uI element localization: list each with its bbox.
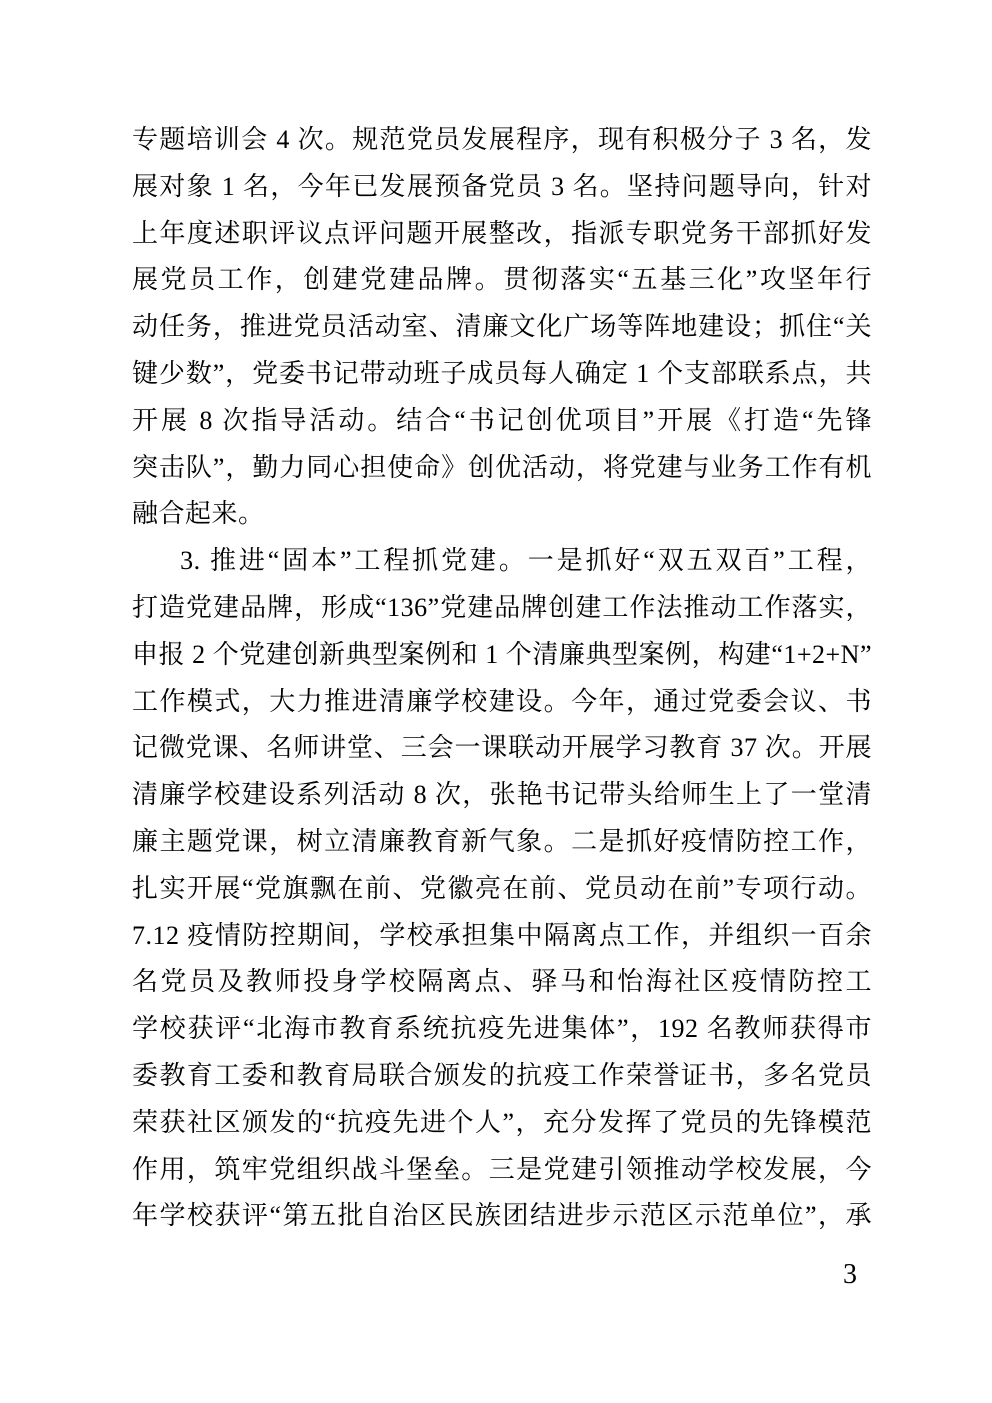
text-line: 专题培训会 4 次。规范党员发展程序，现有积极分子 3 名，发 [132, 117, 872, 164]
text-line: 扎实开展“党旗飘在前、党徽亮在前、党员动在前”专项行动。 [132, 866, 872, 913]
text-line: 学校获评“北海市教育系统抗疫先进集体”，192 名教师获得市 [132, 1006, 872, 1053]
page-number: 3 [843, 1258, 857, 1292]
document-page: 专题培训会 4 次。规范党员发展程序，现有积极分子 3 名，发 展对象 1 名，… [0, 0, 992, 1403]
text-line: 展对象 1 名，今年已发展预备党员 3 名。坚持问题导向，针对 [132, 164, 872, 211]
text-line: 开展 8 次指导活动。结合“书记创优项目”开展《打造“先锋 [132, 398, 872, 445]
text-line: 工作模式，大力推进清廉学校建设。今年，通过党委会议、书 [132, 679, 872, 726]
text-line: 年学校获评“第五批自治区民族团结进步示范区示范单位”，承 [132, 1193, 872, 1240]
text-line: 申报 2 个党建创新典型案例和 1 个清廉典型案例，构建“1+2+N” [132, 632, 872, 679]
text-line: 记微党课、名师讲堂、三会一课联动开展学习教育 37 次。开展 [132, 725, 872, 772]
text-line: 作用，筑牢党组织战斗堡垒。三是党建引领推动学校发展，今 [132, 1147, 872, 1194]
document-body: 专题培训会 4 次。规范党员发展程序，现有积极分子 3 名，发 展对象 1 名，… [132, 117, 872, 1240]
text-line: 7.12 疫情防控期间，学校承担集中隔离点工作，并组织一百余 [132, 913, 872, 960]
text-line: 融合起来。 [132, 491, 872, 538]
paragraph: 3. 推进“固本”工程抓党建。一是抓好“双五双百”工程， 打造党建品牌，形成“1… [132, 538, 872, 1240]
text-line: 3. 推进“固本”工程抓党建。一是抓好“双五双百”工程， [132, 538, 872, 585]
text-line: 廉主题党课，树立清廉教育新气象。二是抓好疫情防控工作， [132, 819, 872, 866]
text-line: 上年度述职评议点评问题开展整改，指派专职党务干部抓好发 [132, 211, 872, 258]
text-line: 名党员及教师投身学校隔离点、驿马和怡海社区疫情防控工作。 [132, 959, 872, 1006]
text-line: 键少数”，党委书记带动班子成员每人确定 1 个支部联系点，共 [132, 351, 872, 398]
text-line: 打造党建品牌，形成“136”党建品牌创建工作法推动工作落实， [132, 585, 872, 632]
text-line: 动任务，推进党员活动室、清廉文化广场等阵地建设；抓住“关 [132, 304, 872, 351]
text-line: 展党员工作，创建党建品牌。贯彻落实“五基三化”攻坚年行 [132, 257, 872, 304]
text-line: 突击队”，勤力同心担使命》创优活动，将党建与业务工作有机 [132, 445, 872, 492]
text-line: 委教育工委和教育局联合颁发的抗疫工作荣誉证书，多名党员 [132, 1053, 872, 1100]
text-line: 荣获社区颁发的“抗疫先进个人”，充分发挥了党员的先锋模范 [132, 1100, 872, 1147]
text-line: 清廉学校建设系列活动 8 次，张艳书记带头给师生上了一堂清 [132, 772, 872, 819]
paragraph: 专题培训会 4 次。规范党员发展程序，现有积极分子 3 名，发 展对象 1 名，… [132, 117, 872, 538]
